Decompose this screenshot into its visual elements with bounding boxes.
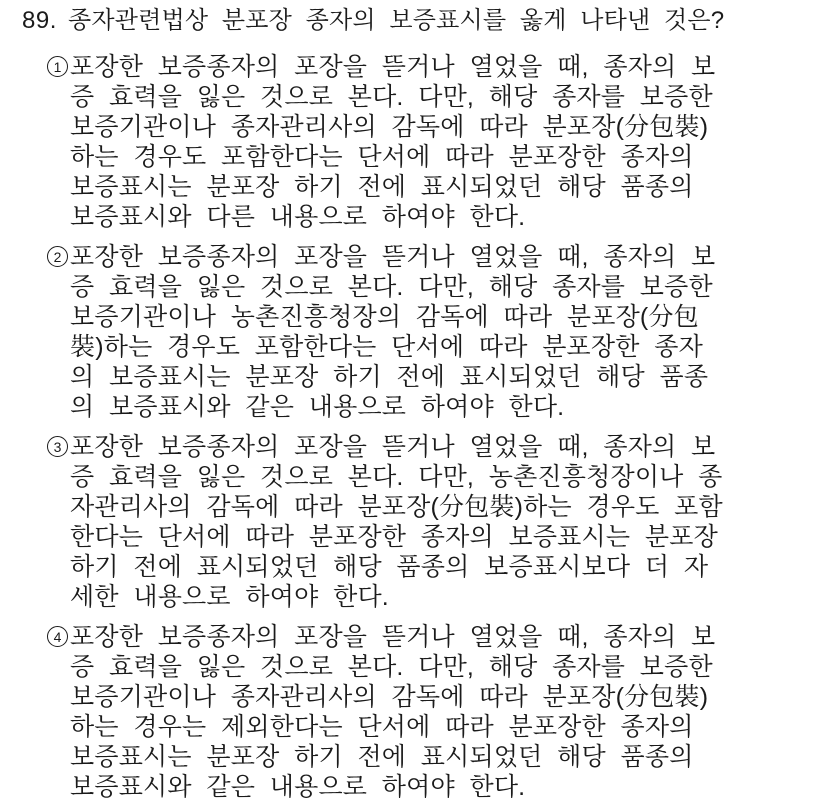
option-line: 의 보증표시와 같은 내용으로 하여야 한다.	[70, 392, 808, 422]
option-line: 포장한 보증종자의 포장을 뜯거나 열었을 때, 종자의 보	[70, 622, 808, 652]
question-number: 89.	[22, 6, 68, 36]
circled-number-4-icon: 4	[47, 626, 68, 647]
option-line: 보증표시와 다른 내용으로 하여야 한다.	[70, 202, 808, 232]
exam-question-page: 89. 종자관련법상 분포장 종자의 보증표시를 옳게 나타낸 것은? 1 포장…	[0, 0, 826, 802]
option-line: 포장한 보증종자의 포장을 뜯거나 열었을 때, 종자의 보	[70, 242, 808, 272]
option-3-text: 포장한 보증종자의 포장을 뜯거나 열었을 때, 종자의 보 증 효력을 잃은 …	[70, 432, 808, 612]
option-line: 자관리사의 감독에 따라 분포장(分包裝)하는 경우도 포함	[70, 492, 808, 522]
answer-option-4: 4 포장한 보증종자의 포장을 뜯거나 열었을 때, 종자의 보 증 효력을 잃…	[22, 622, 808, 802]
answer-option-3: 3 포장한 보증종자의 포장을 뜯거나 열었을 때, 종자의 보 증 효력을 잃…	[22, 432, 808, 612]
circled-number-3-icon: 3	[47, 436, 68, 457]
circled-number-1-icon: 1	[47, 56, 68, 77]
question-title: 종자관련법상 분포장 종자의 보증표시를 옳게 나타낸 것은?	[68, 6, 808, 36]
option-line: 보증표시는 분포장 하기 전에 표시되었던 해당 품종의	[70, 742, 808, 772]
option-line: 하기 전에 표시되었던 해당 품종의 보증표시보다 더 자	[70, 552, 808, 582]
option-1-text: 포장한 보증종자의 포장을 뜯거나 열었을 때, 종자의 보 증 효력을 잃은 …	[70, 52, 808, 232]
question-header: 89. 종자관련법상 분포장 종자의 보증표시를 옳게 나타낸 것은?	[22, 6, 808, 36]
option-line: 세한 내용으로 하여야 한다.	[70, 582, 808, 612]
option-line: 포장한 보증종자의 포장을 뜯거나 열었을 때, 종자의 보	[70, 52, 808, 82]
option-line: 한다는 단서에 따라 분포장한 종자의 보증표시는 분포장	[70, 522, 808, 552]
option-line: 포장한 보증종자의 포장을 뜯거나 열었을 때, 종자의 보	[70, 432, 808, 462]
answer-option-2: 2 포장한 보증종자의 포장을 뜯거나 열었을 때, 종자의 보 증 효력을 잃…	[22, 242, 808, 422]
option-line: 증 효력을 잃은 것으로 본다. 다만, 해당 종자를 보증한	[70, 652, 808, 682]
option-line: 보증기관이나 종자관리사의 감독에 따라 분포장(分包裝)	[70, 682, 808, 712]
circled-number-2-icon: 2	[47, 246, 68, 267]
option-line: 의 보증표시는 분포장 하기 전에 표시되었던 해당 품종	[70, 362, 808, 392]
option-line: 증 효력을 잃은 것으로 본다. 다만, 농촌진흥청장이나 종	[70, 462, 808, 492]
option-line: 하는 경우는 제외한다는 단서에 따라 분포장한 종자의	[70, 712, 808, 742]
option-line: 보증기관이나 종자관리사의 감독에 따라 분포장(分包裝)	[70, 112, 808, 142]
option-line: 裝)하는 경우도 포함한다는 단서에 따라 분포장한 종자	[70, 332, 808, 362]
option-line: 증 효력을 잃은 것으로 본다. 다만, 해당 종자를 보증한	[70, 272, 808, 302]
option-line: 하는 경우도 포함한다는 단서에 따라 분포장한 종자의	[70, 142, 808, 172]
answer-option-1: 1 포장한 보증종자의 포장을 뜯거나 열었을 때, 종자의 보 증 효력을 잃…	[22, 52, 808, 232]
option-line: 보증표시는 분포장 하기 전에 표시되었던 해당 품종의	[70, 172, 808, 202]
option-line: 보증기관이나 농촌진흥청장의 감독에 따라 분포장(分包	[70, 302, 808, 332]
option-2-text: 포장한 보증종자의 포장을 뜯거나 열었을 때, 종자의 보 증 효력을 잃은 …	[70, 242, 808, 422]
option-4-text: 포장한 보증종자의 포장을 뜯거나 열었을 때, 종자의 보 증 효력을 잃은 …	[70, 622, 808, 802]
option-line: 증 효력을 잃은 것으로 본다. 다만, 해당 종자를 보증한	[70, 82, 808, 112]
option-line: 보증표시와 같은 내용으로 하여야 한다.	[70, 772, 808, 802]
